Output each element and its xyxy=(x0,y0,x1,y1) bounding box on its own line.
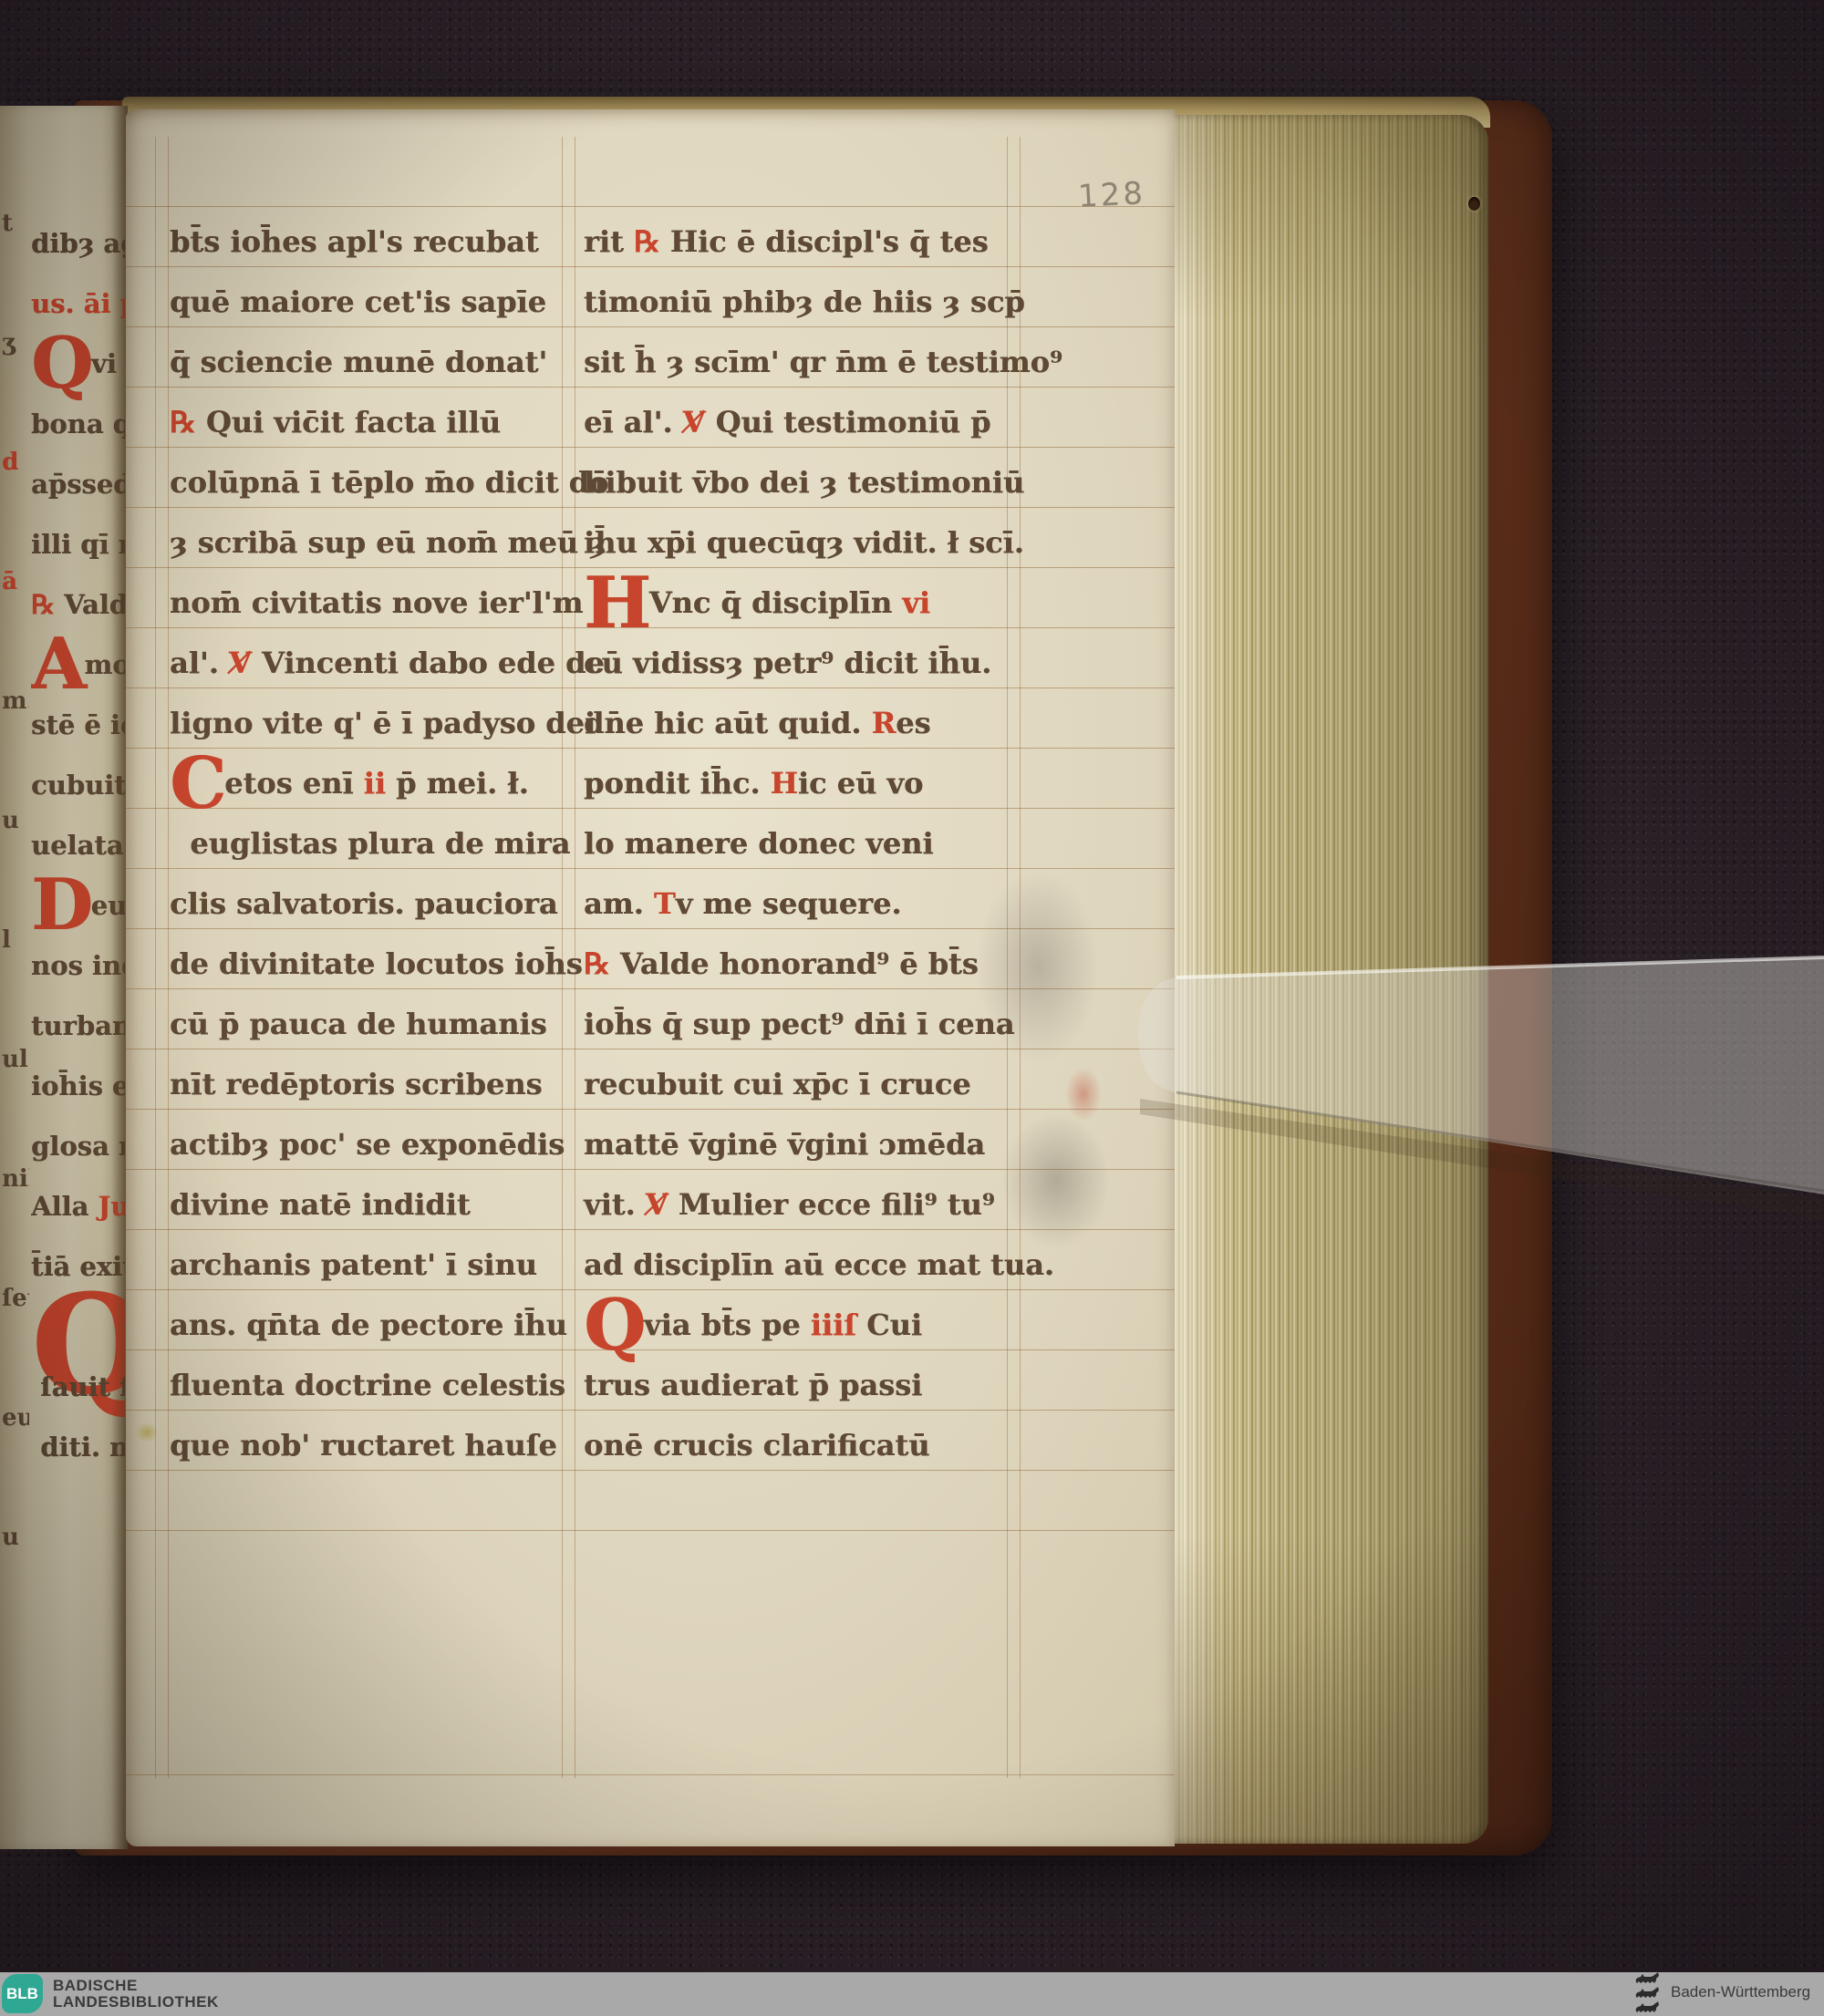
body-text: rit xyxy=(584,224,634,259)
body-text: m. xyxy=(2,688,29,715)
state-logo-block: Baden-Württemberg xyxy=(1634,1971,1810,2013)
body-text: v me sequere. xyxy=(676,886,902,921)
manuscript-text-line: ans. qn̄ta de pectore ih̄u xyxy=(170,1295,534,1355)
rubric-text: iiiſ xyxy=(811,1308,856,1342)
manuscript-text-line: ioh̄s q̄ sup pect⁹ dn̄i ī cena xyxy=(584,994,1021,1054)
body-text: fluenta doctrine celestis xyxy=(170,1368,565,1402)
body-text: ih̄u xp̄i quecūqȝ vidit. ł scī. xyxy=(584,525,1024,560)
body-text: ligno vite q' ē ī padyso dei xyxy=(170,706,596,740)
manuscript-text-line: eī al'. V̸ Qui testimoniū p̄ xyxy=(584,392,1021,452)
manuscript-text-line: ih̄u xp̄i quecūqȝ vidit. ł scī. xyxy=(584,512,1021,573)
rubric-text: ℞ xyxy=(634,224,660,259)
rubric-text: D xyxy=(31,863,91,946)
rubric-text: A xyxy=(31,623,85,706)
manuscript-text-line: ul xyxy=(2,1000,29,1120)
body-text: pondit ih̄c. xyxy=(584,766,771,801)
body-text: recubuit cui xp̄c ī cruce xyxy=(584,1067,971,1101)
body-text: ȝ scribā sup eū nom̄ meū ȝ xyxy=(170,525,606,560)
manuscript-text-line: al'. V̸ Vincenti dabo ede de xyxy=(170,633,534,693)
manuscript-text-line: onē crucis clarificatū xyxy=(584,1415,1021,1475)
manuscript-text-line: t xyxy=(2,164,29,284)
library-name-line2: LANDESBIBLIOTHEK xyxy=(53,1994,219,2011)
body-text: nīt redēptoris scribens xyxy=(170,1067,543,1101)
body-text: al'. xyxy=(170,646,229,680)
manuscript-text-line: d xyxy=(2,403,29,522)
body-text: via bt̄s pe xyxy=(644,1308,811,1342)
manuscript-text-line: actibȝ poc' se exponēdis xyxy=(170,1114,534,1174)
manuscript-text-line: u xyxy=(2,1478,29,1597)
vertical-rule xyxy=(168,137,169,1778)
manuscript-text-line: ā xyxy=(2,522,29,642)
body-text: ic eū vo xyxy=(798,766,923,801)
rubric-text: ℞ xyxy=(584,946,610,981)
manuscript-text-line: cū p̄ pauca de humanis xyxy=(170,994,534,1054)
manuscript-text-line: que nob' ructaret hauſe xyxy=(170,1415,534,1475)
blb-monogram: BLB xyxy=(6,1985,38,2002)
manuscript-text-line: ℞ Valde honorand⁹ ē bt̄s xyxy=(584,934,1021,994)
body-text: cū p̄ pauca de humanis xyxy=(170,1007,547,1041)
fore-edge-page-stack xyxy=(1175,115,1488,1844)
body-text: t xyxy=(2,210,13,237)
rubric-text: V̸ xyxy=(229,646,252,680)
body-text: dn̄e hic aūt quid. xyxy=(584,706,872,740)
manuscript-text-line: nom̄ civitatis nove ier'l'm xyxy=(170,573,534,633)
manuscript-text-line: eu xyxy=(2,1359,29,1478)
manuscript-text-line: de divinitate locutos ioh̄s xyxy=(170,934,534,994)
library-name: BADISCHE LANDESBIBLIOTHEK xyxy=(53,1978,219,2011)
manuscript-text-line: lo manere donec veni xyxy=(584,813,1021,874)
manuscript-text-line: clis salvatoris. pauciora xyxy=(170,874,534,934)
rubric-text: V̸ xyxy=(646,1187,668,1222)
body-text: Vincenti dabo ede de xyxy=(252,646,605,680)
rubric-text: Q xyxy=(31,322,91,405)
body-text: ans. qn̄ta de pectore ih̄u xyxy=(170,1308,567,1342)
folio-number: 128 xyxy=(1077,175,1146,215)
body-text: clis salvatoris. pauciora xyxy=(170,886,558,921)
body-text: nom̄ civitatis nove ier'l'm xyxy=(170,585,583,620)
body-text: trus audierat p̄ passi xyxy=(584,1368,922,1402)
body-text: lo manere donec veni xyxy=(584,826,934,861)
manuscript-text-line: u xyxy=(2,761,29,881)
manuscript-text-line: Qvia bt̄s pe iiiſ Cui xyxy=(584,1295,1021,1355)
body-text: Vnc q̄ disciplīn xyxy=(649,585,903,620)
manuscript-text-line: timoniū phibȝ de hiis ȝ scp̄ xyxy=(584,272,1021,332)
bottom-margin-rule xyxy=(126,1774,1175,1775)
manuscript-text-line: HVnc q̄ disciplīn vi xyxy=(584,573,1021,633)
body-text: actibȝ poc' se exponēdis xyxy=(170,1127,565,1162)
body-text: Cui xyxy=(856,1308,922,1342)
body-text: p̄ mei. ł. xyxy=(386,766,529,801)
rubric-text: ā xyxy=(2,568,17,595)
manuscript-text-line: ℞ Qui vic̄it facta illū xyxy=(170,392,534,452)
photo-stage: tʒdām.ululnilſeueuu dibȝ aggata aous. āi… xyxy=(0,0,1824,2016)
body-text: bt̄s ioh̄es apl's recubat xyxy=(170,224,539,259)
manuscript-text-line: cū vidissȝ petr⁹ dicit ih̄u. xyxy=(584,633,1021,693)
body-text: que nob' ructaret hauſe xyxy=(170,1428,557,1463)
body-text: am. xyxy=(584,886,654,921)
rubric-text: V̸ xyxy=(683,405,706,439)
manuscript-text-line: archanis patent' ī sinu xyxy=(170,1235,534,1295)
body-text: nil xyxy=(2,1165,29,1193)
body-text: Mulier ecce fili⁹ tu⁹ xyxy=(668,1187,995,1222)
body-text: ul xyxy=(2,1046,28,1073)
manuscript-text-line: quē maiore cet'is sapīe xyxy=(170,272,534,332)
body-text: ʒ xyxy=(2,329,16,357)
library-name-line1: BADISCHE xyxy=(53,1978,219,1994)
manuscript-text-line: am. Tv me sequere. xyxy=(584,874,1021,934)
body-text: colūpnā ī tēplo m̄o dicit dō xyxy=(170,465,608,500)
manuscript-text-line: sit h̄ ȝ scīm' qr n̄m ē testimo⁹ xyxy=(584,332,1021,392)
manuscript-text-line: divine natē indidit xyxy=(170,1174,534,1235)
manuscript-text-line: ʒ xyxy=(2,284,29,403)
rubric-text: ℞ xyxy=(170,405,196,439)
three-lions-icon xyxy=(1634,1971,1662,2013)
manuscript-text-line: rit ℞ Hic ē discipl's q̄ tes xyxy=(584,212,1021,272)
rubric-text: ℞ xyxy=(31,589,55,620)
rubric-text: d xyxy=(2,449,18,476)
body-text: Qui testimoniū p̄ xyxy=(705,405,990,439)
manuscript-recto-page: bt̄s ioh̄es apl's recubatquē maiore cet'… xyxy=(126,109,1175,1846)
manuscript-text-line: ſeu xyxy=(2,1239,29,1359)
body-text: eī al'. xyxy=(584,405,683,439)
body-text: de divinitate locutos ioh̄s xyxy=(170,946,583,981)
body-text: mattē v̄ginē v̄gini ɔmēda xyxy=(584,1127,985,1162)
body-text: etos enī xyxy=(224,766,364,801)
manuscript-text-line: hibuit v̄bo dei ȝ testimoniū xyxy=(584,452,1021,512)
body-text: Qui vic̄it facta illū xyxy=(196,405,501,439)
manuscript-text-line: m. xyxy=(2,642,29,761)
rubric-text: vi xyxy=(902,585,930,620)
body-text: es xyxy=(896,706,930,740)
manuscript-text-line: nīt redēptoris scribens xyxy=(170,1054,534,1114)
manuscript-text-line: ȝ scribā sup eū nom̄ meū ȝ xyxy=(170,512,534,573)
footer-bar xyxy=(0,1972,1824,2016)
manuscript-text-line: euglistas plura de mira xyxy=(170,813,534,874)
manuscript-text-line: recubuit cui xp̄c ī cruce xyxy=(584,1054,1021,1114)
far-page-fragments-column: tʒdām.ululnilſeueuu xyxy=(2,164,29,1597)
body-text: divine natē indidit xyxy=(170,1187,471,1222)
manuscript-text-line: ad disciplīn aū ecce mat tua. xyxy=(584,1235,1021,1295)
manuscript-text-line: q̄ sciencie munē donat' xyxy=(170,332,534,392)
manuscript-text-line: l xyxy=(2,881,29,1000)
body-text: eu xyxy=(2,1404,29,1432)
manuscript-text-line: fluenta doctrine celestis xyxy=(170,1355,534,1415)
verso-page-stack: tʒdām.ululnilſeueuu dibȝ aggata aous. āi… xyxy=(0,106,128,1849)
manuscript-text-line: trus audierat p̄ passi xyxy=(584,1355,1021,1415)
manuscript-text-line: Cetos enī ii p̄ mei. ł. xyxy=(170,753,534,813)
body-text: quē maiore cet'is sapīe xyxy=(170,284,546,319)
body-text: u xyxy=(2,1524,19,1551)
text-column-right: rit ℞ Hic ē discipl's q̄ testimoniū phib… xyxy=(584,212,1021,1475)
rubric-text: T xyxy=(654,886,676,921)
manuscript-text-line: mattē v̄ginē v̄gini ɔmēda xyxy=(584,1114,1021,1174)
text-column-left: bt̄s ioh̄es apl's recubatquē maiore cet'… xyxy=(170,212,534,1475)
body-text: vit. xyxy=(584,1187,646,1222)
body-text: ſeu xyxy=(2,1285,29,1312)
body-text: archanis patent' ī sinu xyxy=(170,1247,537,1282)
body-text: ad disciplīn aū ecce mat tua. xyxy=(584,1247,1054,1282)
body-text: u xyxy=(2,807,19,834)
manuscript-text-line: pondit ih̄c. Hic eū vo xyxy=(584,753,1021,813)
body-text: ioh̄s q̄ sup pect⁹ dn̄i ī cena xyxy=(584,1007,1014,1041)
binding-hole xyxy=(1468,197,1480,211)
body-text: Alla xyxy=(31,1191,98,1222)
body-text: hibuit v̄bo dei ȝ testimoniū xyxy=(584,465,1024,500)
rubric-text: ii xyxy=(364,766,386,801)
body-text: l xyxy=(2,926,11,954)
manuscript-text-line: colūpnā ī tēplo m̄o dicit dō xyxy=(170,452,534,512)
body-text: euglistas plura de mira xyxy=(170,826,570,861)
body-text: onē crucis clarificatū xyxy=(584,1428,929,1463)
body-text: q̄ sciencie munē donat' xyxy=(170,345,547,379)
rubric-text: R xyxy=(872,706,896,740)
manuscript-text-line: vit. V̸ Mulier ecce fili⁹ tu⁹ xyxy=(584,1174,1021,1235)
manuscript-text-line: nil xyxy=(2,1120,29,1239)
blb-logo: BLB xyxy=(2,1974,43,2013)
body-text: Hic ē discipl's q̄ tes xyxy=(660,224,989,259)
rubric-text: H xyxy=(771,766,798,801)
manuscript-text-line: bt̄s ioh̄es apl's recubat xyxy=(170,212,534,272)
manuscript-text-line: dn̄e hic aūt quid. Res xyxy=(584,693,1021,753)
body-text: Valde honorand⁹ ē bt̄s xyxy=(610,946,979,981)
state-name: Baden-Württemberg xyxy=(1671,1983,1810,2001)
body-text: sit h̄ ȝ scīm' qr n̄m ē testimo⁹ xyxy=(584,345,1062,379)
body-text: timoniū phibȝ de hiis ȝ scp̄ xyxy=(584,284,1025,319)
vertical-rule xyxy=(155,137,156,1778)
body-text: cū vidissȝ petr⁹ dicit ih̄u. xyxy=(584,646,991,680)
